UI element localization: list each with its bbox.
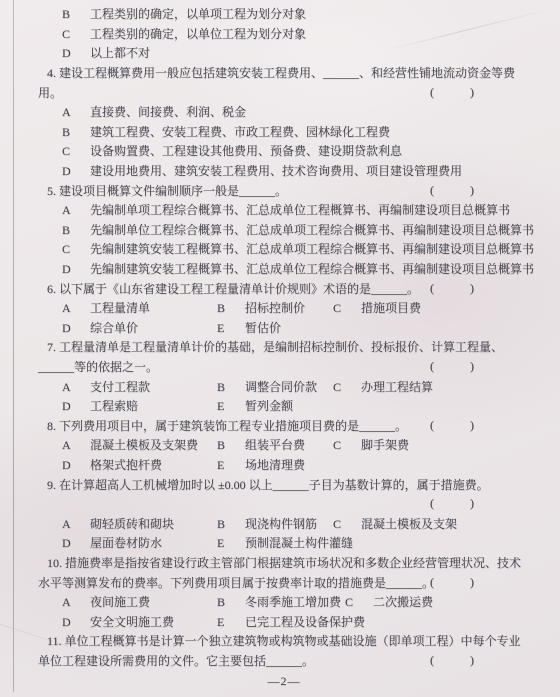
question-text: 10. 措施费率是指按省建设行政主管部门根据建筑市场状况和多数企业经营管理状况、… — [47, 554, 521, 571]
question-line: 11. 单位工程概算书是计算一个独立建筑物或构筑物或基础设施（即单项工程）中每个… — [38, 631, 530, 651]
option-letter: B — [217, 438, 245, 453]
option-letter: C — [62, 144, 90, 159]
option-letter: A — [62, 380, 90, 395]
option-row: D屋面卷材防水E预制混凝土构件灌缝 — [38, 533, 530, 553]
option-letter: D — [62, 262, 90, 277]
option-C: C先编制建筑安装工程概算书、汇总成单项工程综合概算书、再编制建设项目总概算书 — [62, 240, 530, 257]
page-footer: —2— — [38, 672, 530, 692]
paren-close-mark: ) — [470, 653, 474, 668]
option-D: D工程索赔 — [62, 397, 217, 414]
option-letter: C — [333, 301, 361, 316]
option-D: D建设用地费用、建筑安装工程费用、技术咨询费用、项目建设管理费用 — [62, 162, 466, 179]
option-text: 屋面卷材防水 — [90, 534, 162, 551]
question-line: 7. 工程量清单是工程量清单计价的基础，是编制招标控制价、投标报价、计算工程量、 — [38, 337, 530, 357]
continuation-line: 用。() — [38, 82, 530, 102]
option-text: 支付工程款 — [90, 378, 150, 395]
option-text: 格架式抱杆费 — [90, 456, 162, 473]
paren-close-mark: ) — [470, 281, 474, 296]
option-text: 预制混凝土构件灌缝 — [245, 534, 353, 551]
option-text: 二次搬运费 — [373, 593, 433, 610]
paren-close-mark: ) — [470, 418, 474, 433]
option-text: 暂估价 — [245, 319, 281, 336]
question-line: 10. 措施费率是指按省建设行政主管部门根据建筑市场状况和多数企业经营管理状况、… — [38, 553, 530, 573]
option-E: E暂估价 — [217, 319, 333, 336]
paren-close-mark: ) — [470, 575, 474, 590]
answer-paren: () — [430, 82, 474, 102]
option-A: A先编制单项工程综合概算书、汇总成单位工程概算书、再编制建设项目总概算书 — [62, 201, 514, 218]
option-text: 暂列金额 — [245, 397, 293, 414]
option-D: D安全文明施工费 — [62, 613, 217, 630]
option-row: A砌轻质砖和砌块B现浇构件钢筋C混凝土模板及支架 — [38, 513, 530, 533]
option-text: 工程量清单 — [90, 299, 150, 316]
option-letter: C — [333, 438, 361, 453]
option-text: 建筑工程费、安装工程费、市政工程费、园林绿化工程费 — [90, 123, 390, 140]
option-text: 以上都不对 — [90, 44, 150, 61]
option-letter: E — [217, 321, 245, 336]
option-D: D屋面卷材防水 — [62, 534, 217, 551]
option-C: C混凝土模板及支架 — [333, 515, 457, 532]
option-B: B工程类别的确定，以单项工程为划分对象 — [62, 5, 310, 22]
option-E: E暂列金额 — [217, 397, 333, 414]
option-letter: E — [217, 615, 245, 630]
option-text: 现浇构件钢筋 — [245, 515, 317, 532]
question-line: 9. 在计算超高人工机械增加时以 ±0.00 以上______子目为基数计算的，… — [38, 474, 530, 494]
question-text: 7. 工程量清单是工程量清单计价的基础，是编制招标控制价、投标报价、计算工程量、 — [47, 338, 503, 355]
option-row: A支付工程款B调整合同价款C办理工程结算 — [38, 376, 530, 396]
option-letter: E — [217, 399, 245, 414]
option-E: E场地清理费 — [217, 456, 333, 473]
option-row: C设备购置费、工程建设其他费用、预备费、建设期贷款利息 — [38, 141, 530, 161]
option-letter: A — [62, 595, 90, 610]
option-row: D建设用地费用、建筑安装工程费用、技术咨询费用、项目建设管理费用 — [38, 161, 530, 181]
option-letter: B — [62, 223, 90, 238]
option-letter: D — [62, 321, 90, 336]
option-row: D格架式抱杆费E场地清理费 — [38, 455, 530, 475]
option-row: B工程类别的确定，以单项工程为划分对象 — [38, 4, 530, 24]
option-letter: D — [62, 164, 90, 179]
paren-open-mark: ( — [430, 183, 434, 198]
answer-paren: () — [430, 494, 474, 514]
option-A: A夜间施工费 — [62, 593, 217, 610]
paren-open-mark: ( — [430, 85, 434, 100]
answer-paren: () — [430, 572, 474, 592]
continuation-line: 水平等测算发布的费率。下列费用项目属于按费率计取的措施费是______。() — [38, 572, 530, 592]
exam-content: B工程类别的确定，以单项工程为划分对象C工程类别的确定，以单位工程为划分对象D以… — [38, 4, 530, 670]
option-letter: B — [62, 7, 90, 22]
option-C: C办理工程结算 — [333, 378, 433, 395]
paren-open-mark: ( — [430, 418, 434, 433]
line-text: ______等的依据之一。 — [38, 358, 158, 375]
option-text: 冬雨季施工增加费 — [245, 593, 341, 610]
option-letter: B — [62, 125, 90, 140]
option-row: A夜间施工费B冬雨季施工增加费C二次搬运费 — [38, 592, 530, 612]
option-B: B先编制单位工程综合概算书、汇总成单项工程综合概算书、再编制建设项目总概算书 — [62, 221, 530, 238]
line-text: 单位工程建设所需费用的文件。它主要包括______。 — [38, 652, 314, 669]
option-text: 工程类别的确定，以单位工程为划分对象 — [90, 25, 306, 42]
option-text: 砌轻质砖和砌块 — [90, 515, 174, 532]
option-row: B先编制单位工程综合概算书、汇总成单项工程综合概算书、再编制建设项目总概算书 — [38, 220, 530, 240]
option-B: B组装平台费 — [217, 436, 333, 453]
page-number-label: —2— — [268, 674, 301, 689]
paren-open-mark: ( — [430, 281, 434, 296]
option-text: 招标控制价 — [245, 299, 305, 316]
option-letter: A — [62, 105, 90, 120]
paren-close-mark: ) — [470, 183, 474, 198]
option-row: D以上都不对 — [38, 43, 530, 63]
option-A: A工程量清单 — [62, 299, 217, 316]
option-letter: D — [62, 536, 90, 551]
option-row: A直接费、间接费、利润、税金 — [38, 102, 530, 122]
option-C: C措施项目费 — [333, 299, 421, 316]
option-row: C先编制建筑安装工程概算书、汇总成单项工程综合概算书、再编制建设项目总概算书 — [38, 239, 530, 259]
scanned-exam-page: B工程类别的确定，以单项工程为划分对象C工程类别的确定，以单位工程为划分对象D以… — [0, 0, 560, 697]
paren-close-mark: ) — [470, 85, 474, 100]
option-B: B调整合同价款 — [217, 378, 333, 395]
question-text: 4. 建设工程概算费用一般应包括建筑安装工程费用、______、和经营性铺地流动… — [47, 64, 515, 81]
option-text: 办理工程结算 — [361, 378, 433, 395]
answer-paren: () — [430, 180, 474, 200]
option-letter: B — [217, 595, 245, 610]
option-B: B现浇构件钢筋 — [217, 515, 333, 532]
option-letter: B — [217, 517, 245, 532]
option-letter: D — [62, 458, 90, 473]
option-text: 先编制建筑安装工程概算书、汇总成单项工程综合概算书、再编制建设项目总概算书 — [90, 240, 534, 257]
option-row: D综合单价E暂估价 — [38, 318, 530, 338]
option-text: 措施项目费 — [361, 299, 421, 316]
option-D: D综合单价 — [62, 319, 217, 336]
option-text: 组装平台费 — [245, 436, 305, 453]
option-C: C工程类别的确定，以单位工程为划分对象 — [62, 25, 310, 42]
option-A: A砌轻质砖和砌块 — [62, 515, 217, 532]
question-text: 6. 以下属于《山东省建设工程工程量清单计价规则》术语的是______。 — [47, 280, 419, 297]
option-text: 安全文明施工费 — [90, 613, 174, 630]
paren-close-mark: ) — [470, 359, 474, 374]
option-letter: A — [62, 301, 90, 316]
option-B: B冬雨季施工增加费 — [217, 593, 345, 610]
option-E: E预制混凝土构件灌缝 — [217, 534, 357, 551]
paren-close-mark: ) — [470, 496, 474, 511]
question-line: 8. 下列费用项目中，属于建筑装饰工程专业措施项目费的是______。() — [38, 415, 530, 435]
option-text: 设备购置费、工程建设其他费用、预备费、建设期贷款利息 — [90, 142, 402, 159]
option-B: B招标控制价 — [217, 299, 333, 316]
answer-paren-line: () — [38, 494, 530, 514]
option-C: C设备购置费、工程建设其他费用、预备费、建设期贷款利息 — [62, 142, 406, 159]
answer-paren: () — [430, 415, 474, 435]
option-letter: E — [217, 536, 245, 551]
option-text: 混凝土模板及支架 — [361, 515, 457, 532]
option-letter: A — [62, 438, 90, 453]
page-number: —2— — [38, 672, 530, 692]
continuation-line: 单位工程建设所需费用的文件。它主要包括______。() — [38, 651, 530, 671]
question-line: 6. 以下属于《山东省建设工程工程量清单计价规则》术语的是______。() — [38, 278, 530, 298]
option-letter: D — [62, 399, 90, 414]
answer-paren: () — [430, 278, 474, 298]
option-letter: C — [62, 242, 90, 257]
option-text: 调整合同价款 — [245, 378, 317, 395]
option-text: 工程类别的确定，以单项工程为划分对象 — [90, 5, 306, 22]
option-letter: B — [217, 380, 245, 395]
option-letter: B — [217, 301, 245, 316]
option-text: 建设用地费用、建筑安装工程费用、技术咨询费用、项目建设管理费用 — [90, 162, 462, 179]
option-letter: A — [62, 517, 90, 532]
option-text: 工程索赔 — [90, 397, 138, 414]
option-E: E已完工程及设备保护费 — [217, 613, 369, 630]
option-row: D先编制建筑安装工程概算书、汇总成单位工程综合概算书、再编制建设项目总概算书 — [38, 259, 530, 279]
option-D: D格架式抱杆费 — [62, 456, 217, 473]
continuation-line: ______等的依据之一。() — [38, 357, 530, 377]
paren-open-mark: ( — [430, 653, 434, 668]
option-letter: E — [217, 458, 245, 473]
question-text: 5. 建设项目概算文件编制顺序一般是______。 — [47, 182, 287, 199]
option-text: 先编制建筑安装工程概算书、汇总成单位工程综合概算书、再编制建设项目总概算书 — [90, 260, 534, 277]
option-text: 先编制单位工程综合概算书、汇总成单项工程综合概算书、再编制建设项目总概算书 — [90, 221, 534, 238]
option-row: A先编制单项工程综合概算书、汇总成单位工程概算书、再编制建设项目总概算书 — [38, 200, 530, 220]
option-row: B建筑工程费、安装工程费、市政工程费、园林绿化工程费 — [38, 122, 530, 142]
option-text: 已完工程及设备保护费 — [245, 613, 365, 630]
question-text: 9. 在计算超高人工机械增加时以 ±0.00 以上______子目为基数计算的，… — [47, 476, 489, 493]
option-text: 脚手架费 — [361, 436, 409, 453]
option-text: 先编制单项工程综合概算书、汇总成单位工程概算书、再编制建设项目总概算书 — [90, 201, 510, 218]
paper-crease-vertical — [13, 0, 14, 692]
option-row: D工程索赔E暂列金额 — [38, 396, 530, 416]
option-letter: C — [62, 27, 90, 42]
option-row: A工程量清单B招标控制价C措施项目费 — [38, 298, 530, 318]
option-C: C脚手架费 — [333, 436, 409, 453]
option-text: 夜间施工费 — [90, 593, 150, 610]
answer-paren: () — [430, 651, 474, 671]
option-text: 直接费、间接费、利润、税金 — [90, 103, 246, 120]
paren-open-mark: ( — [430, 359, 434, 374]
option-row: C工程类别的确定，以单位工程为划分对象 — [38, 24, 530, 44]
option-letter: D — [62, 615, 90, 630]
option-text: 综合单价 — [90, 319, 138, 336]
option-row: A混凝土模板及支架费B组装平台费C脚手架费 — [38, 435, 530, 455]
paren-open-mark: ( — [430, 496, 434, 511]
option-text: 场地清理费 — [245, 456, 305, 473]
question-line: 4. 建设工程概算费用一般应包括建筑安装工程费用、______、和经营性铺地流动… — [38, 63, 530, 83]
question-text: 11. 单位工程概算书是计算一个独立建筑物或构筑物或基础设施（即单项工程）中每个… — [47, 632, 521, 649]
option-B: B建筑工程费、安装工程费、市政工程费、园林绿化工程费 — [62, 123, 394, 140]
option-text: 混凝土模板及支架费 — [90, 436, 198, 453]
option-letter: C — [345, 595, 373, 610]
option-letter: C — [333, 380, 361, 395]
option-letter: C — [333, 517, 361, 532]
option-row: D安全文明施工费E已完工程及设备保护费 — [38, 611, 530, 631]
line-text: 水平等测算发布的费率。下列费用项目属于按费率计取的措施费是______。 — [38, 574, 434, 591]
option-letter: A — [62, 203, 90, 218]
option-A: A混凝土模板及支架费 — [62, 436, 217, 453]
option-A: A直接费、间接费、利润、税金 — [62, 103, 250, 120]
option-A: A支付工程款 — [62, 378, 217, 395]
line-text: 用。 — [38, 84, 62, 101]
option-letter: D — [62, 46, 90, 61]
question-text: 8. 下列费用项目中，属于建筑装饰工程专业措施项目费的是______。 — [47, 417, 407, 434]
answer-paren: () — [430, 357, 474, 377]
question-line: 5. 建设项目概算文件编制顺序一般是______。() — [38, 180, 530, 200]
paren-open-mark: ( — [430, 575, 434, 590]
option-D: D以上都不对 — [62, 44, 217, 61]
option-D: D先编制建筑安装工程概算书、汇总成单位工程综合概算书、再编制建设项目总概算书 — [62, 260, 530, 277]
option-C: C二次搬运费 — [345, 593, 433, 610]
